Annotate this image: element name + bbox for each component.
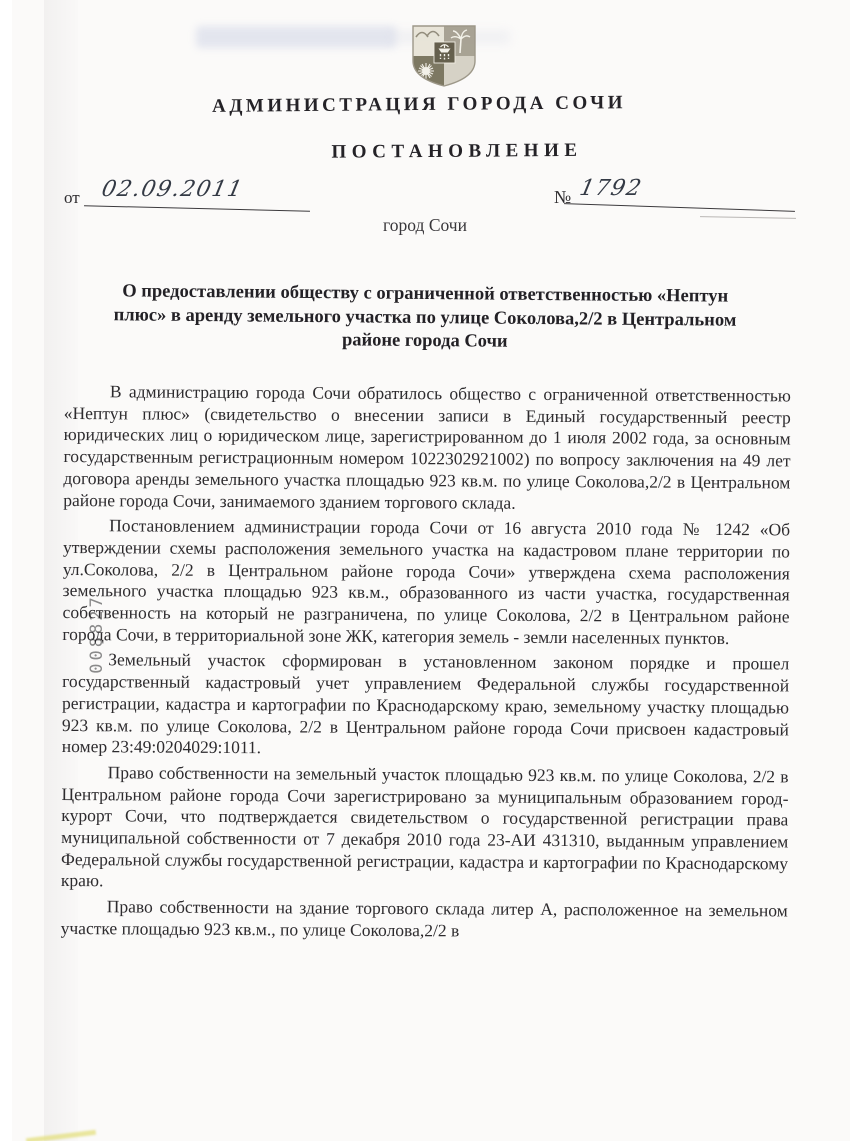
number-underline (564, 203, 795, 212)
document-title: О предоставлении обществу с ограниченной… (70, 280, 781, 357)
sochi-coat-of-arms-icon (409, 23, 479, 89)
body-paragraph: Постановлением администрации города Сочи… (62, 515, 790, 650)
document-page: АДМИНИСТРАЦИЯ ГОРОДА СОЧИ ПОСТАНОВЛЕНИЕ … (0, 0, 850, 1141)
number-label: № (554, 187, 571, 208)
date-label: от (64, 188, 80, 208)
scan-ink-smudge (196, 26, 396, 48)
date-underline (84, 205, 310, 212)
body-paragraph: Право собственности на здание торгового … (61, 896, 788, 944)
body-paragraph: В администрацию города Сочи обратилось о… (63, 381, 791, 516)
number-value-handwritten: 1792 (577, 176, 644, 201)
place-line: город Сочи (0, 215, 850, 236)
date-value-handwritten: 02.09.2011 (99, 177, 245, 202)
document-type-heading: ПОСТАНОВЛЕНИЕ (32, 138, 850, 166)
scan-edge-strip (0, 0, 12, 1141)
body-paragraph: Земельный участок сформирован в установл… (62, 649, 790, 762)
organization-name: АДМИНИСТРАЦИЯ ГОРОДА СОЧИ (0, 90, 844, 119)
body-paragraph: Право собственности на земельный участок… (61, 762, 789, 897)
document-body: В администрацию города Сочи обратилось о… (61, 381, 791, 948)
